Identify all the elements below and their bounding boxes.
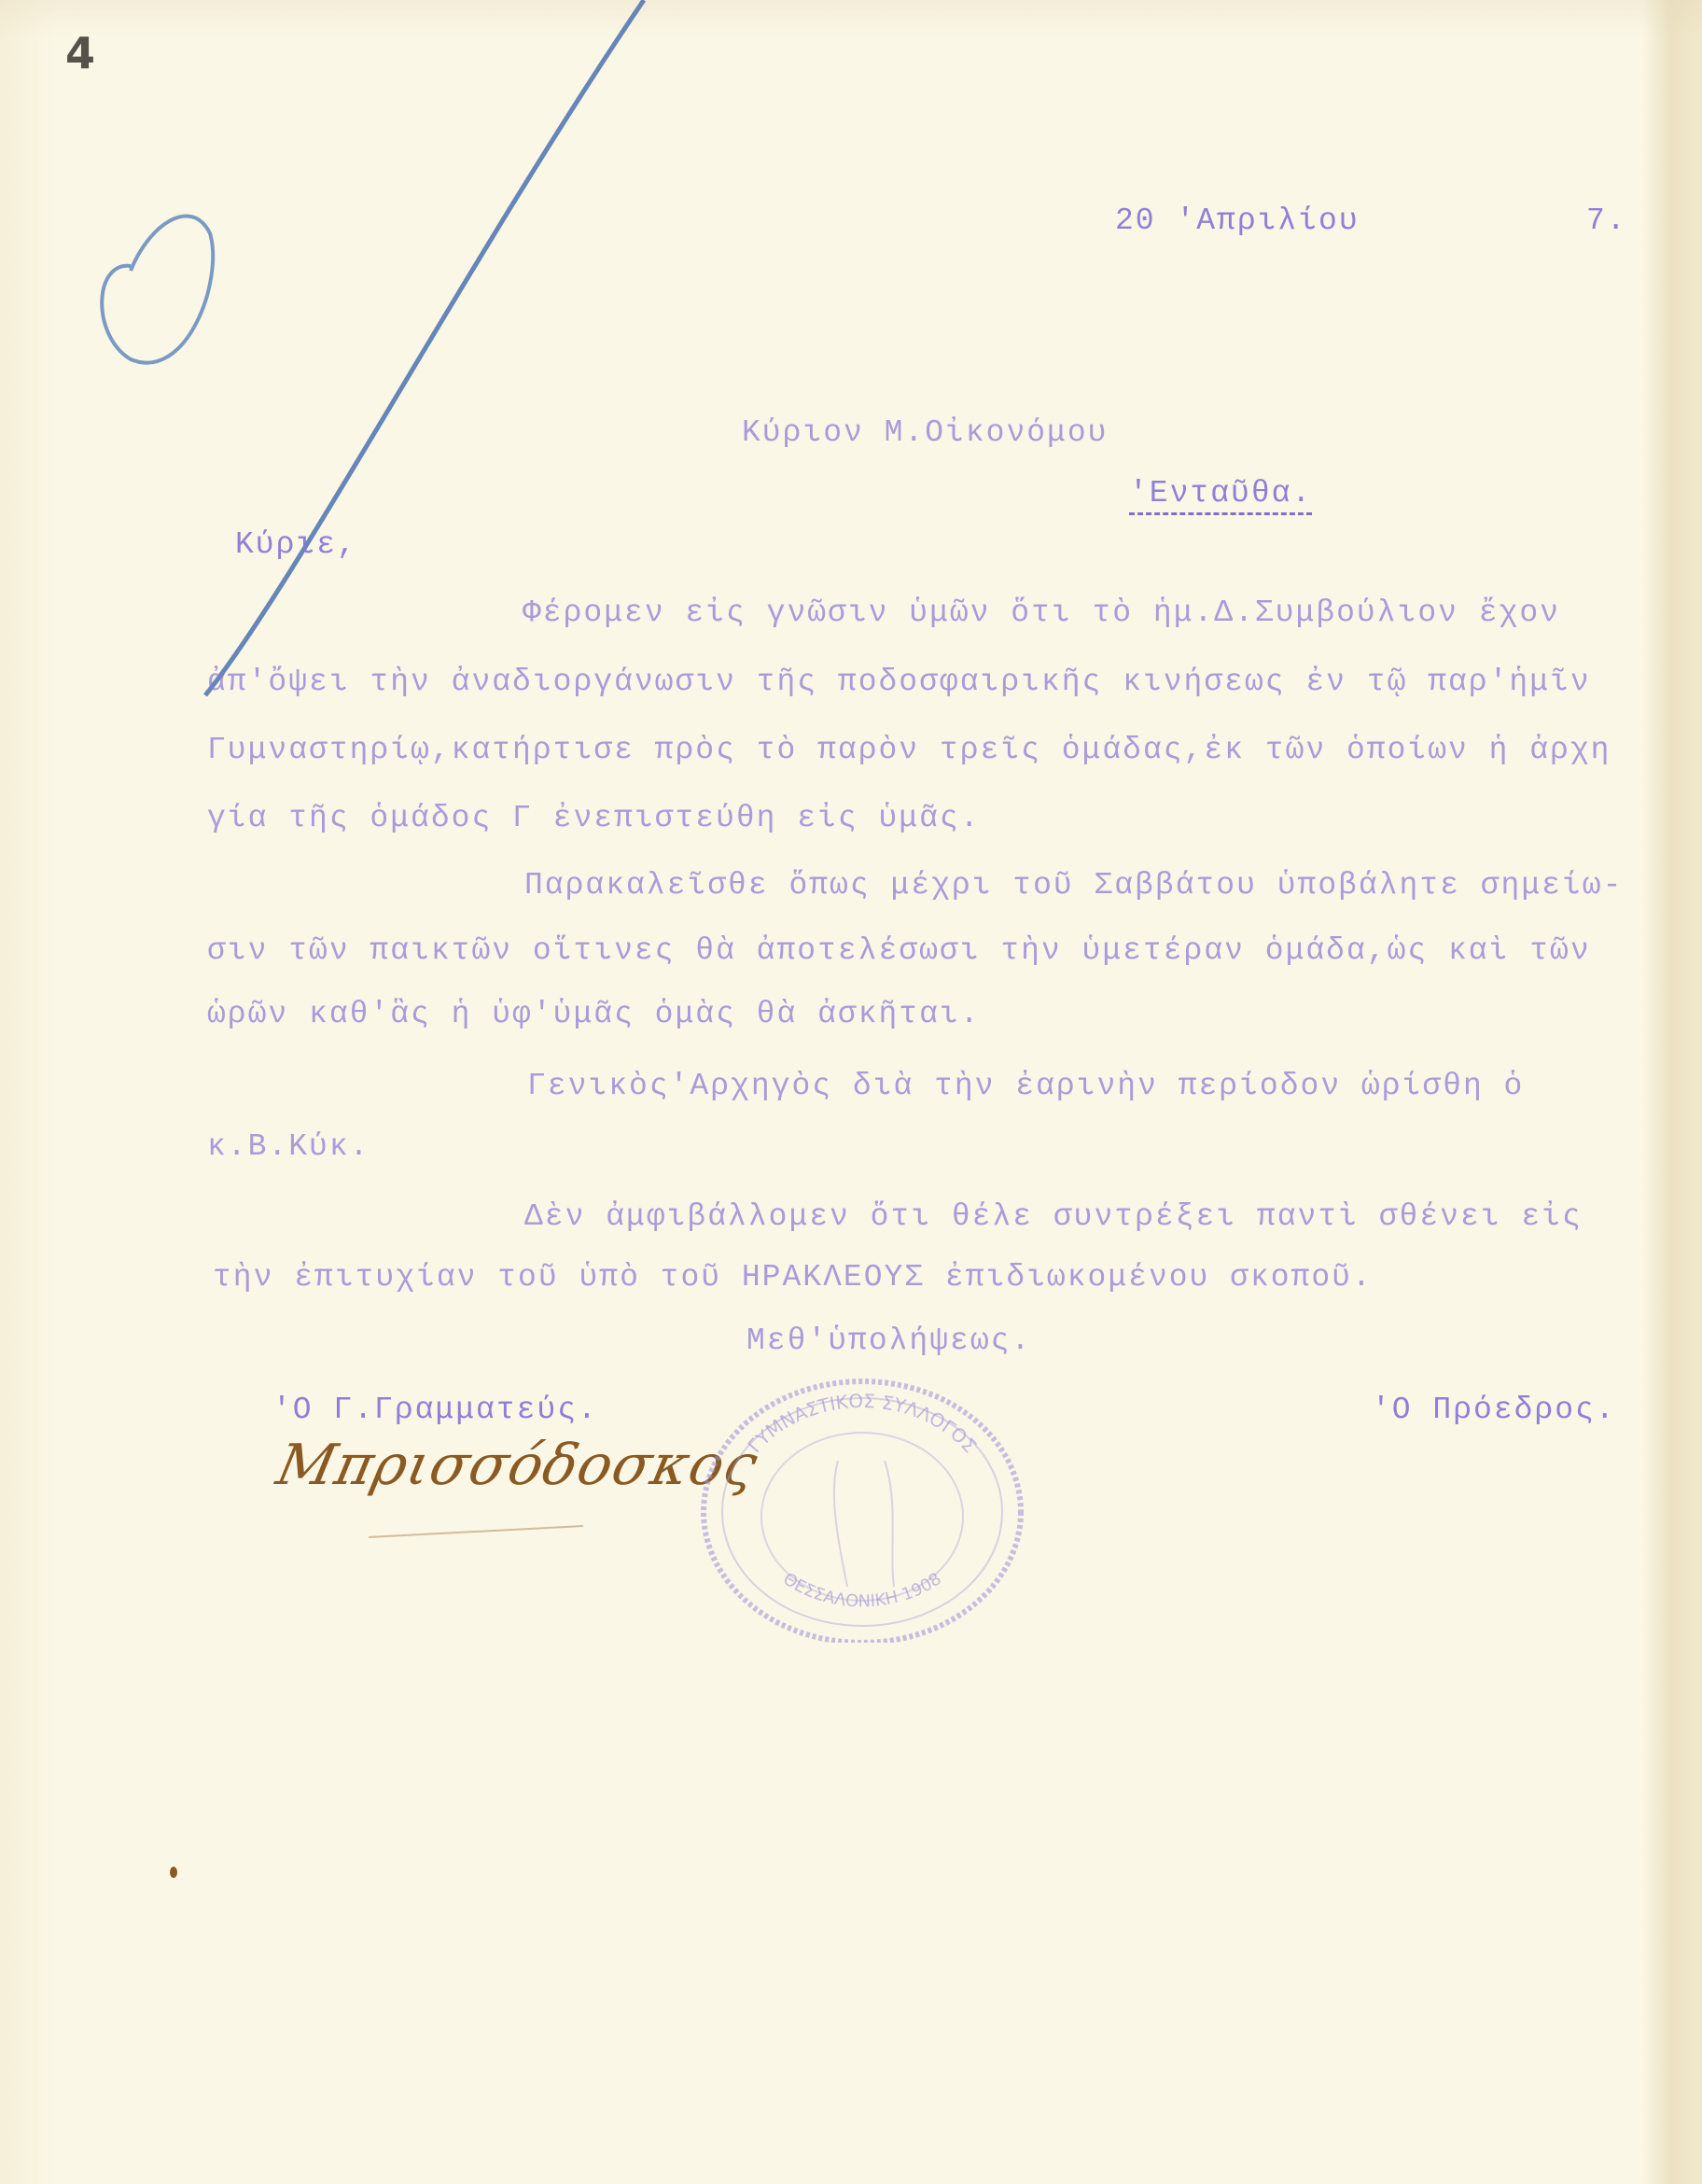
paragraph-1-line-2: ἀπ'ὄψει τὴν ἀναδιοργάνωσιν τῆς ποδοσφαιρ… — [207, 665, 1591, 699]
recipient-location: 'Ενταῦθα. — [1129, 476, 1312, 515]
paragraph-1-line-1: Φέρομεν εἰς γνῶσιν ὑμῶν ὅτι τὸ ἡμ.Δ.Συμβ… — [523, 595, 1560, 630]
salutation: Κύριε, — [235, 527, 357, 562]
svg-text:ΘΕΣΣΑΛΟΝΙΚΗ 1908: ΘΕΣΣΑΛΟΝΙΚΗ 1908 — [779, 1569, 944, 1611]
paragraph-4-line-2: τὴν ἐπιτυχίαν τοῦ ὑπὸ τοῦ ΗΡΑΚΛΕΟΥΣ ἐπιδ… — [213, 1260, 1373, 1295]
paragraph-2-line-3: ὡρῶν καθ'ἃς ἡ ὑφ'ὑμᾶς ὁμὰς θὰ ἀσκῆται. — [207, 997, 981, 1031]
paragraph-4-line-1: Δὲν ἀμφιβάλλομεν ὅτι θέλε συντρέξει παντ… — [524, 1199, 1583, 1234]
signatory-president-title: 'Ο Πρόεδρος. — [1372, 1393, 1616, 1427]
handwritten-signature: Μπρισσόδοσκος — [272, 1433, 764, 1498]
paragraph-1-line-4: γία τῆς ὁμάδος Γ ἐνεπιστεύθη εἰς ὑμᾶς. — [207, 801, 981, 835]
signatory-secretary-title: 'Ο Γ.Γραμματεύς. — [272, 1393, 598, 1427]
letter-number: 7. — [1586, 203, 1627, 238]
letter-date: 20 'Απριλίου — [1115, 203, 1360, 238]
paragraph-2-line-1: Παρακαλεῖσθε ὅπως μέχρι τοῦ Σαββάτου ὑπο… — [524, 868, 1623, 903]
paragraph-2-line-2: σιν τῶν παικτῶν οἵτινες θὰ ἀποτελέσωσι τ… — [207, 933, 1591, 968]
closing-phrase: Μεθ'ὑπολήψεως. — [746, 1323, 1031, 1358]
club-seal-stamp-icon: ΓΥΜΝΑΣΤΙΚΟΣ ΣΥΛΛΟΓΟΣ ΘΕΣΣΑΛΟΝΙΚΗ 1908 — [698, 1372, 1026, 1643]
paragraph-3-line-2: κ.Β.Κύκ. — [207, 1129, 370, 1164]
paragraph-1-line-3: Γυμναστηρίῳ,κατήρτισε πρὸς τὸ παρὸν τρεῖ… — [207, 733, 1611, 767]
paragraph-3-line-1: Γενικὸς'Αρχηγὸς διὰ τὴν ἐαρινὴν περίοδον… — [527, 1069, 1524, 1103]
paper-stain — [170, 1867, 177, 1878]
recipient-name: Κύριον Μ.Οἰκονόμου — [742, 415, 1108, 450]
